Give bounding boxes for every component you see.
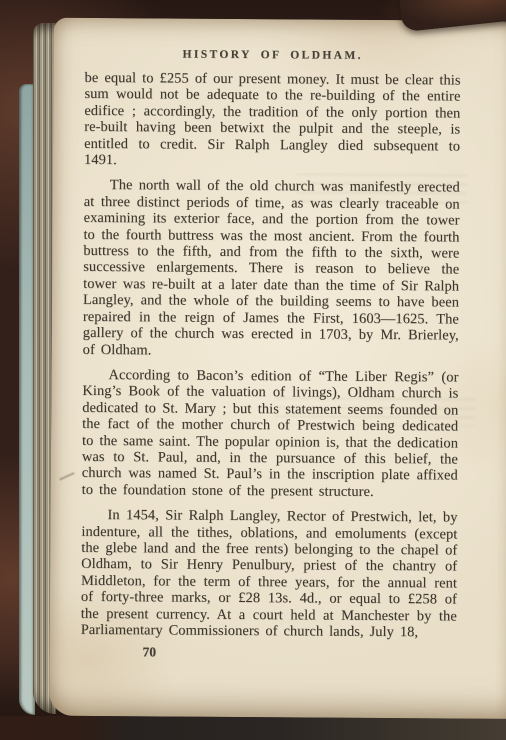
paragraph: be equal to £255 of our present money. I…	[84, 70, 461, 171]
running-header: HISTORY OF OLDHAM.	[85, 48, 461, 63]
text-block: HISTORY OF OLDHAM. be equal to £255 of o…	[80, 18, 461, 719]
page-number: 70	[81, 644, 457, 663]
table-shadow-band	[0, 716, 506, 740]
book-page: HISTORY OF OLDHAM. be equal to £255 of o…	[49, 18, 506, 719]
paragraph: The north wall of the old church was man…	[83, 177, 460, 360]
paragraph: According to Bacon’s edition of “The Lib…	[82, 367, 459, 501]
margin-mark	[55, 463, 75, 481]
book-photo: HISTORY OF OLDHAM. be equal to £255 of o…	[0, 0, 506, 740]
paragraph: In 1454, Sir Ralph Langley, Rector of Pr…	[81, 507, 458, 641]
